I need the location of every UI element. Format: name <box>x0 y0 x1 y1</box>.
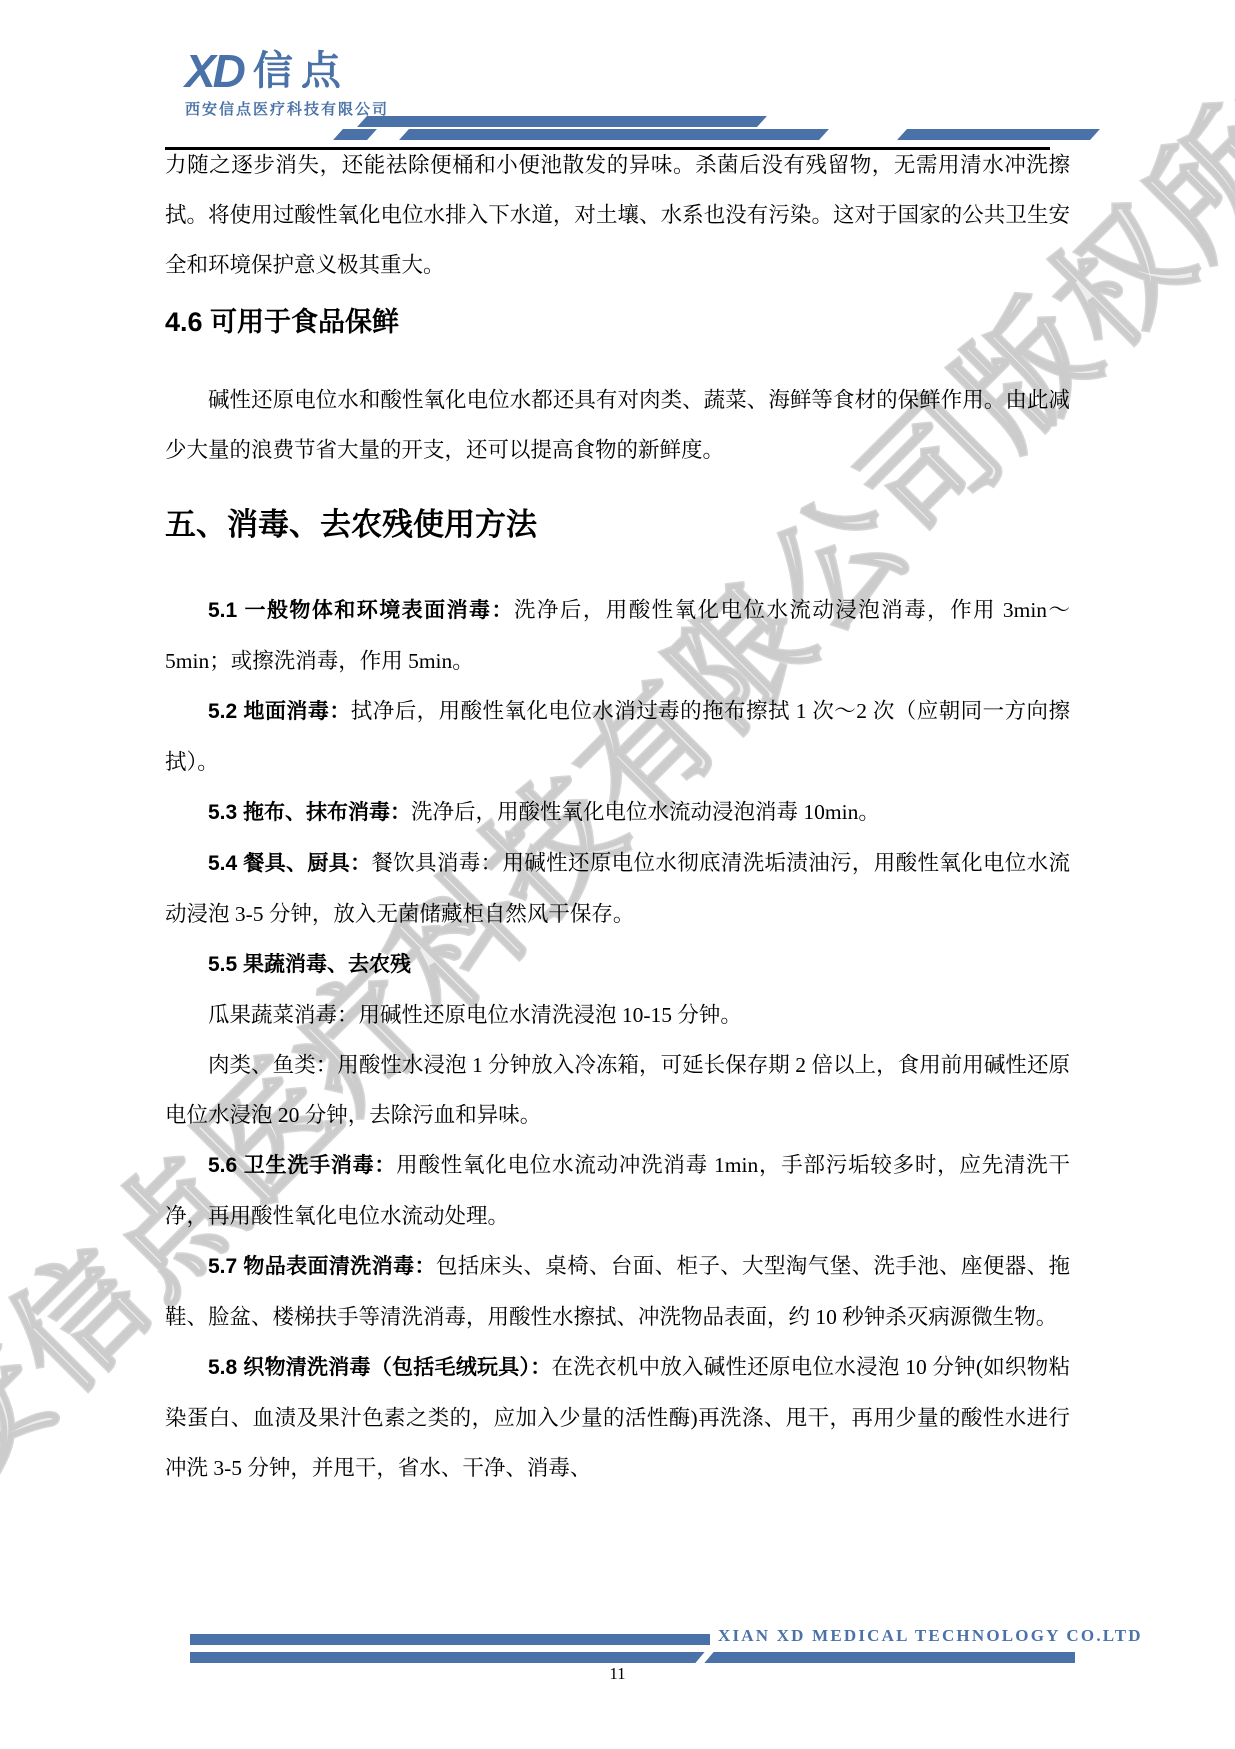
paragraph: 5.5 果蔬消毒、去农残 <box>165 939 1070 990</box>
footer-bar-bottom <box>190 1652 1075 1663</box>
header-swoosh-stripe <box>399 129 829 140</box>
section-heading: 4.6 可用于食品保鲜 <box>165 300 1070 344</box>
paragraph-lead: 5.8 织物清洗消毒（包括毛绒玩具）： <box>208 1356 552 1379</box>
paragraph: 肉类、鱼类：用酸性水浸泡 1 分钟放入冷冻箱，可延长保存期 2 倍以上，食用前用… <box>165 1040 1070 1140</box>
paragraph: 5.8 织物清洗消毒（包括毛绒玩具）：在洗衣机中放入碱性还原电位水浸泡 10 分… <box>165 1342 1070 1493</box>
company-logo: XD 信点 西安信点医疗科技有限公司 <box>185 48 389 119</box>
logo-xd-icon: XD <box>185 48 243 94</box>
paragraph-lead: 5.4 餐具、厨具： <box>208 852 371 875</box>
company-name-en: XIAN XD MEDICAL TECHNOLOGY CO.LTD <box>718 1626 1083 1646</box>
header-swoosh-stripe <box>333 129 377 140</box>
paragraph-lead: 5.2 地面消毒： <box>208 700 351 723</box>
header-swoosh-stripe <box>357 116 767 127</box>
paragraph-lead: 5.7 物品表面清洗消毒： <box>208 1255 436 1278</box>
paragraph-lead: 5.1 一般物体和环境表面消毒： <box>208 599 514 622</box>
header-swoosh-stripe <box>897 129 1100 140</box>
paragraph: 碱性还原电位水和酸性氧化电位水都还具有对肉类、蔬菜、海鲜等食材的保鲜作用。由此减… <box>165 375 1070 475</box>
logo-wordmark: 信点 <box>253 48 349 94</box>
paragraph: 5.4 餐具、厨具：餐饮具消毒：用碱性还原电位水彻底清洗垢渍油污，用酸性氧化电位… <box>165 838 1070 939</box>
paragraph: 力随之逐步消失，还能祛除便桶和小便池散发的异味。杀菌后没有残留物，无需用清水冲洗… <box>165 140 1070 290</box>
footer-bar-top <box>190 1634 710 1645</box>
page-number: 11 <box>0 1664 1235 1684</box>
document-body: 力随之逐步消失，还能祛除便桶和小便池散发的异味。杀菌后没有残留物，无需用清水冲洗… <box>165 140 1070 1493</box>
paragraph-lead: 5.5 果蔬消毒、去农残 <box>208 953 411 976</box>
paragraph-lead: 5.6 卫生洗手消毒： <box>208 1154 396 1177</box>
document-page: 西安信点医疗科技有限公司版权所有 XD 信点 西安信点医疗科技有限公司 力随之逐… <box>0 0 1235 1749</box>
paragraph: 5.6 卫生洗手消毒：用酸性氧化电位水流动冲洗消毒 1min，手部污垢较多时，应… <box>165 1140 1070 1241</box>
paragraph-lead: 5.3 拖布、抹布消毒： <box>208 801 411 824</box>
paragraph: 5.7 物品表面清洗消毒：包括床头、桌椅、台面、柜子、大型淘气堡、洗手池、座便器… <box>165 1241 1070 1342</box>
paragraph: 5.3 拖布、抹布消毒：洗净后，用酸性氧化电位水流动浸泡消毒 10min。 <box>165 787 1070 838</box>
section-heading: 五、消毒、去农残使用方法 <box>165 501 1070 549</box>
company-name-cn: 西安信点医疗科技有限公司 <box>185 98 389 119</box>
paragraph: 5.2 地面消毒：拭净后，用酸性氧化电位水消过毒的拖布擦拭 1 次～2 次（应朝… <box>165 686 1070 787</box>
paragraph: 5.1 一般物体和环境表面消毒：洗净后，用酸性氧化电位水流动浸泡消毒，作用 3m… <box>165 585 1070 686</box>
paragraph: 瓜果蔬菜消毒：用碱性还原电位水清洗浸泡 10-15 分钟。 <box>165 990 1070 1040</box>
